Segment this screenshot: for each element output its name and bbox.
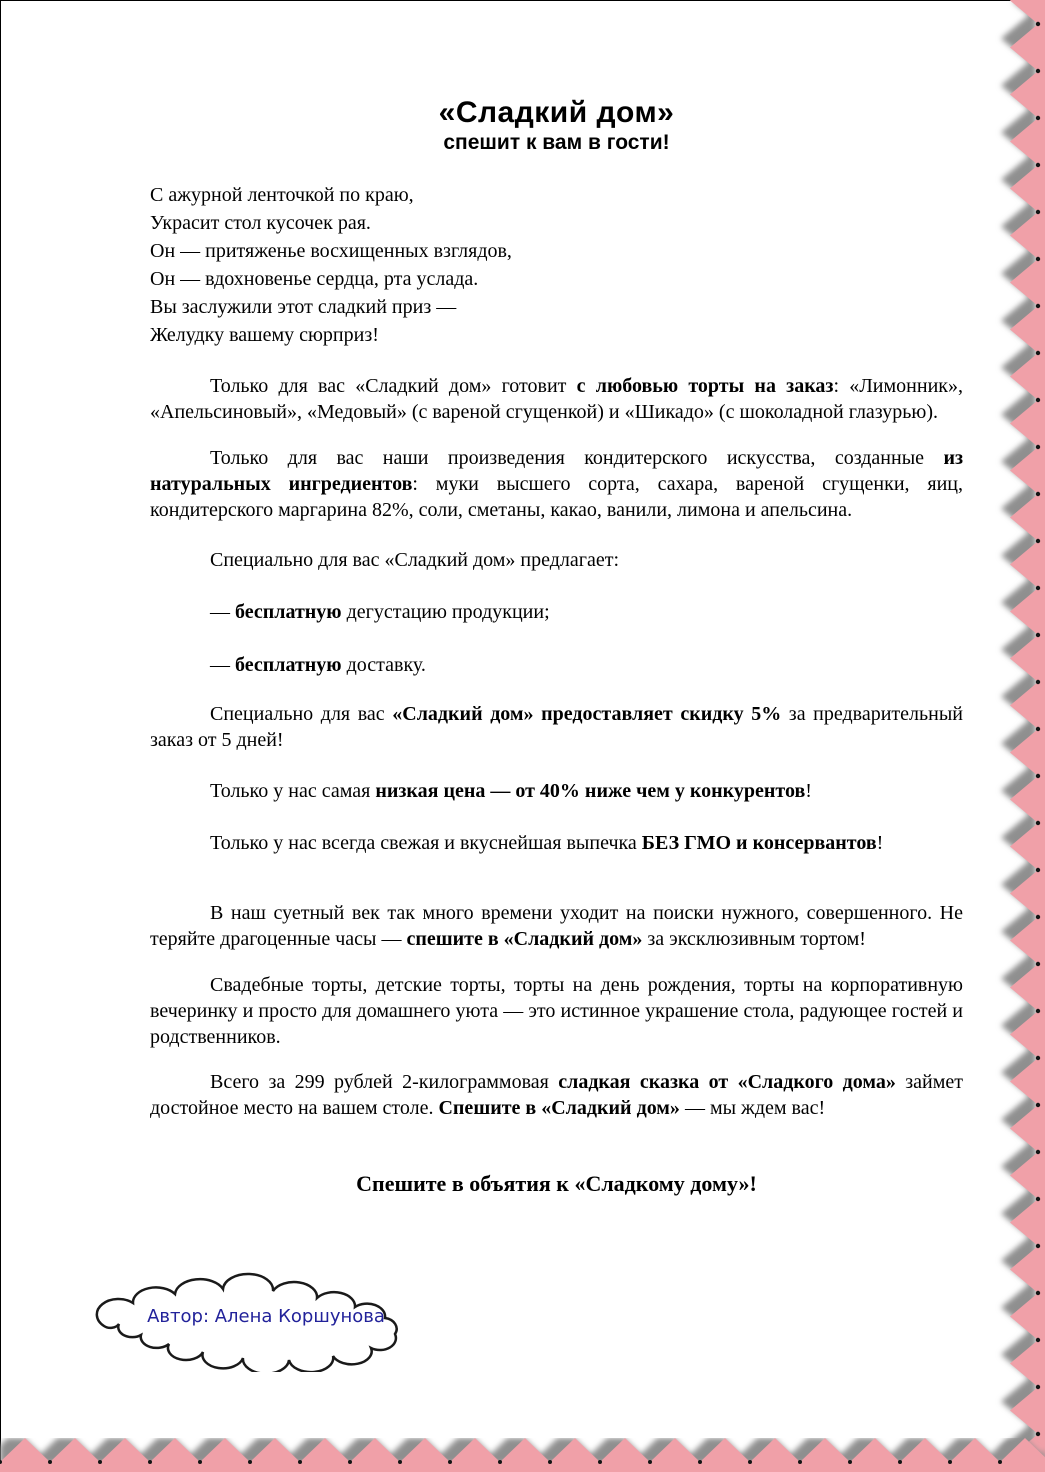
zigzag-border-bottom [0,1438,1045,1472]
paragraph: В наш суетный век так много времени уход… [150,900,963,952]
body-paragraphs: Только для вас «Сладкий дом» готовит с л… [150,373,963,1121]
poem-line: Он — притяженье восхищенных взглядов, [150,237,963,265]
poem: С ажурной ленточкой по краю,Украсит стол… [150,181,963,349]
poem-line: Он — вдохновенье сердца, рта услада. [150,265,963,293]
paragraph: Только для вас «Сладкий дом» готовит с л… [150,373,963,425]
page-subtitle: спешит к вам в гости! [150,130,963,155]
page-title: «Сладкий дом» [150,96,963,130]
paragraph: Специально для вас «Сладкий дом» предост… [150,701,963,753]
paragraph: Только для вас наши произведения кондите… [150,445,963,523]
author-label: Автор: Алена Коршунова [90,1306,442,1327]
document-body: «Сладкий дом» спешит к вам в гости! С аж… [150,0,963,1197]
poem-line: Вы заслужили этот сладкий приз — [150,293,963,321]
poem-line: Желудку вашему сюрприз! [150,321,963,349]
poem-line: Украсит стол кусочек рая. [150,209,963,237]
closing-line: Спешите в объятия к «Сладкому дому»! [150,1171,963,1197]
paragraph: Только у нас самая низкая цена — от 40% … [150,778,963,804]
paragraph: Свадебные торты, детские торты, торты на… [150,972,963,1050]
paragraph: — бесплатную дегустацию продукции; [150,599,963,625]
paragraph: — бесплатную доставку. [150,652,963,678]
poem-line: С ажурной ленточкой по краю, [150,181,963,209]
author-callout: Автор: Алена Коршунова [90,1272,442,1372]
paragraph: Специально для вас «Сладкий дом» предлаг… [150,547,963,573]
paragraph: Только у нас всегда свежая и вкуснейшая … [150,830,963,856]
zigzag-border-right [965,0,1045,1472]
paragraph: Всего за 299 рублей 2-килограммовая слад… [150,1069,963,1121]
